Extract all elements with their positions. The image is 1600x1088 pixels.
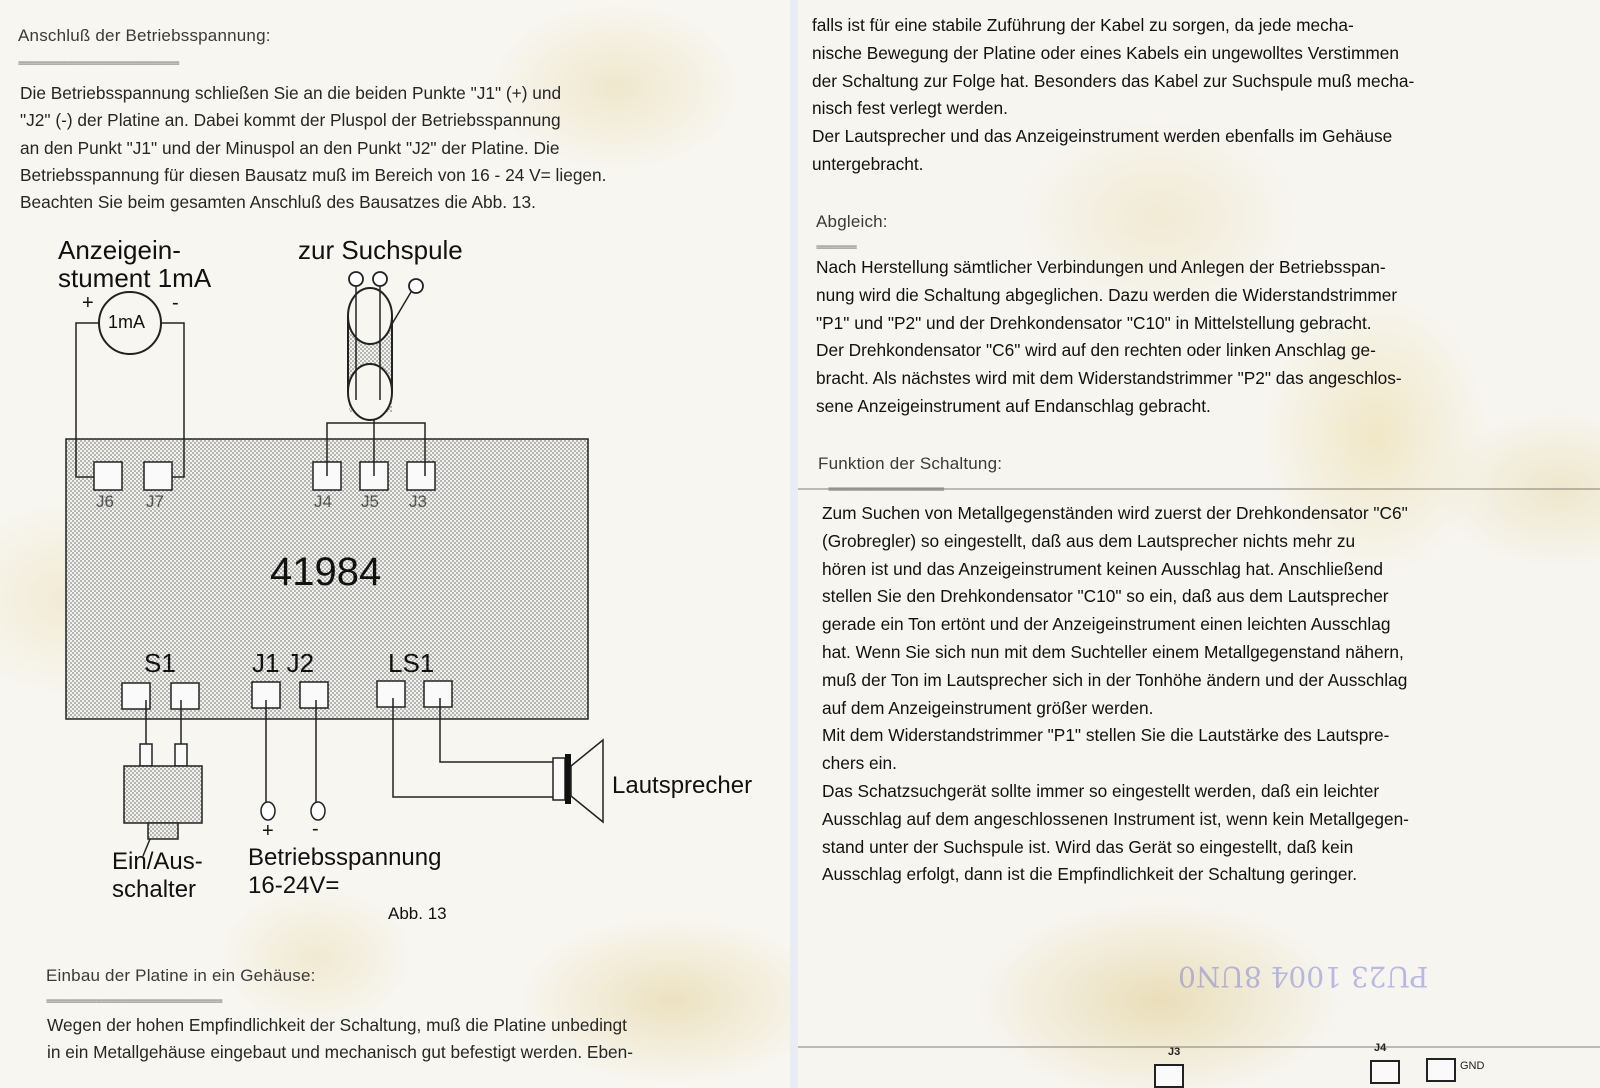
text-line: Mit dem Widerstandstrimmer "P1" stellen … xyxy=(822,722,1544,750)
pad-label-j5: J5 xyxy=(361,492,379,512)
power-minus-sign: - xyxy=(312,818,319,841)
text-line: Nach Herstellung sämtlicher Verbindungen… xyxy=(816,254,1544,282)
text-line: gerade ein Ton ertönt und der Anzeigeins… xyxy=(822,611,1544,639)
paragraph-housing: Wegen der hohen Empfindlichkeit der Scha… xyxy=(47,1012,769,1067)
text-line: nung wird die Schaltung abgeglichen. Daz… xyxy=(816,282,1544,310)
text-line: sene Anzeigeinstrument auf Endanschlag g… xyxy=(816,393,1544,421)
paragraph-power: Die Betriebsspannung schließen Sie an di… xyxy=(20,80,768,216)
text-line: falls ist für eine stabile Zuführung der… xyxy=(812,12,1552,40)
text-line: an den Punkt "J1" und der Minuspol an de… xyxy=(20,135,768,162)
section-heading-funktion: Funktion der Schaltung: xyxy=(818,454,1002,474)
pcb-label-j3: J3 xyxy=(1168,1046,1180,1058)
paragraph-housing-continued: falls ist für eine stabile Zuführung der… xyxy=(812,12,1552,179)
pad-label-j4: J4 xyxy=(314,492,332,512)
pad-label-j3: J3 xyxy=(409,492,427,512)
power-label-line1: Betriebsspannung xyxy=(248,846,441,870)
speaker-label: Lautsprecher xyxy=(612,774,752,798)
text-line: stand unter der Suchspule ist. Wird das … xyxy=(822,834,1544,862)
text-line: Der Lautsprecher und das Anzeigeinstrume… xyxy=(812,123,1552,151)
meter-label-line1: Anzeigein- xyxy=(58,237,181,263)
meter-label-line2: stument 1mA xyxy=(58,265,211,291)
pcb-label-gnd: GND xyxy=(1460,1060,1484,1072)
switch-label-line1: Ein/Aus- xyxy=(112,850,203,874)
text-line: muß der Ton im Lautsprecher sich in der … xyxy=(822,667,1544,695)
section-heading-power: Anschluß der Betriebsspannung: xyxy=(18,26,271,46)
pad-group-j1-j2: J1 J2 xyxy=(252,650,314,676)
pcb-pad xyxy=(1154,1064,1184,1088)
paper-fold xyxy=(798,1046,1600,1048)
text-line: stellen Sie den Drehkondensator "C10" so… xyxy=(822,583,1544,611)
text-line: Das Schatzsuchgerät sollte immer so eing… xyxy=(822,778,1544,806)
text-line: bracht. Als nächstes wird mit dem Widers… xyxy=(816,365,1544,393)
text-line: Wegen der hohen Empfindlichkeit der Scha… xyxy=(47,1012,769,1039)
pcb-pad xyxy=(1426,1058,1456,1082)
text-line: Ausschlag auf dem angeschlossenen Instru… xyxy=(822,806,1544,834)
wiring-diagram: Anzeigein- stument 1mA + - 1mA zur Suchs… xyxy=(0,220,790,940)
handwritten-note: PU23 1004 8UN0 xyxy=(1178,960,1428,993)
text-line: nisch fest verlegt werden. xyxy=(812,95,1552,123)
pad-label-j6: J6 xyxy=(96,492,114,512)
text-line: Betriebsspannung für diesen Bausatz muß … xyxy=(20,162,768,189)
pcb-label-j4: J4 xyxy=(1374,1042,1386,1054)
heading-underline: ======== xyxy=(816,242,906,253)
switch-label-line2: schalter xyxy=(112,878,196,902)
meter-minus-sign: - xyxy=(172,292,179,315)
text-line: Ausschlag erfolgt, dann ist die Empfindl… xyxy=(822,861,1544,889)
heading-underline: =================================== xyxy=(46,996,406,1007)
text-line: Der Drehkondensator "C6" wird auf den re… xyxy=(816,337,1544,365)
paragraph-funktion: Zum Suchen von Metallgegenständen wird z… xyxy=(822,500,1544,889)
pad-group-s1: S1 xyxy=(144,650,176,676)
pad-group-ls1: LS1 xyxy=(388,650,434,676)
coil-label: zur Suchspule xyxy=(298,237,463,263)
section-heading-housing: Einbau der Platine in ein Gehäuse: xyxy=(46,966,316,986)
text-line: in ein Metallgehäuse eingebaut und mecha… xyxy=(47,1039,769,1066)
section-heading-abgleich: Abgleich: xyxy=(816,212,888,232)
text-line: untergebracht. xyxy=(812,151,1552,179)
paragraph-abgleich: Nach Herstellung sämtlicher Verbindungen… xyxy=(816,254,1544,421)
power-plus-sign: + xyxy=(262,820,274,843)
figure-caption: Abb. 13 xyxy=(388,904,447,924)
text-line: auf dem Anzeigeinstrument größer werden. xyxy=(822,695,1544,723)
heading-underline: ======================= xyxy=(828,484,1018,495)
pad-label-j7: J7 xyxy=(146,492,164,512)
text-line: hören ist und das Anzeigeinstrument kein… xyxy=(822,556,1544,584)
power-label-line2: 16-24V= xyxy=(248,874,339,898)
left-page: Anschluß der Betriebsspannung: =========… xyxy=(0,0,790,1088)
text-line: Beachten Sie beim gesamten Anschluß des … xyxy=(20,189,768,216)
meter-value: 1mA xyxy=(108,312,145,333)
text-line: Zum Suchen von Metallgegenständen wird z… xyxy=(822,500,1544,528)
page-gutter xyxy=(790,0,798,1088)
text-line: (Grobregler) so eingestellt, daß aus dem… xyxy=(822,528,1544,556)
board-number: 41984 xyxy=(270,550,381,595)
meter-plus-sign: + xyxy=(82,292,94,315)
text-line: nische Bewegung der Platine oder eines K… xyxy=(812,40,1552,68)
text-line: hat. Wenn Sie sich nun mit dem Suchtelle… xyxy=(822,639,1544,667)
text-line: chers ein. xyxy=(822,750,1544,778)
text-line: "J2" (-) der Platine an. Dabei kommt der… xyxy=(20,107,768,134)
text-line: Die Betriebsspannung schließen Sie an di… xyxy=(20,80,768,107)
heading-underline: ================================ xyxy=(18,58,348,69)
text-line: der Schaltung zur Folge hat. Besonders d… xyxy=(812,68,1552,96)
pcb-pad xyxy=(1370,1060,1400,1084)
right-page: falls ist für eine stabile Zuführung der… xyxy=(798,0,1600,1088)
text-line: "P1" und "P2" und der Drehkondensator "C… xyxy=(816,310,1544,338)
